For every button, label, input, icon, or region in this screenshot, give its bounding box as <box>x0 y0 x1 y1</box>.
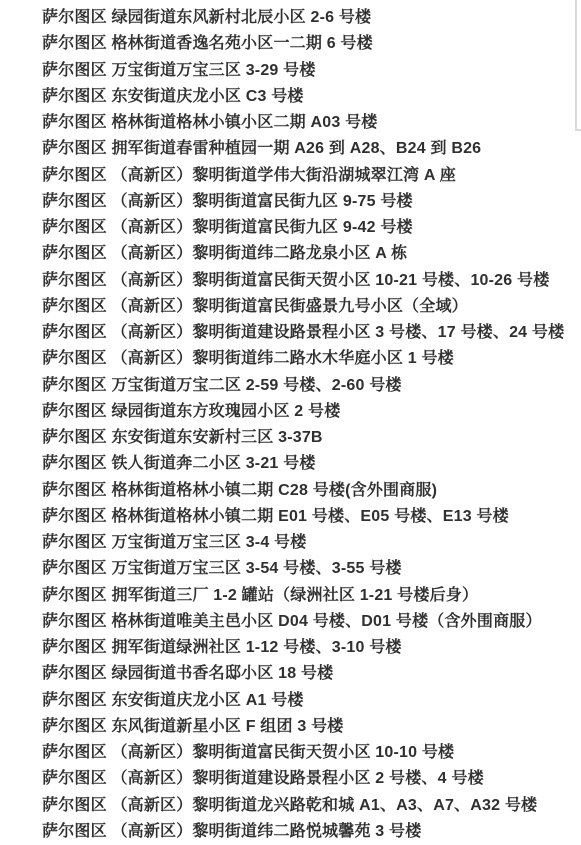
list-item: 萨尔图区 东安街道东安新村三区 3-37B <box>42 425 577 451</box>
list-item: 萨尔图区 东安街道庆龙小区 A1 号楼 <box>42 688 577 714</box>
list-item: 萨尔图区 （高新区）黎明街道建设路景程小区 2 号楼、4 号楼 <box>42 766 577 792</box>
list-item: 萨尔图区 （高新区）黎明街道富民街天贺小区 10-10 号楼 <box>42 740 577 766</box>
list-item: 萨尔图区 万宝街道万宝二区 2-59 号楼、2-60 号楼 <box>42 373 577 399</box>
list-item: 萨尔图区 （高新区）黎明街道龙兴路乾和城 A1、A3、A7、A32 号楼 <box>42 793 577 819</box>
list-item: 萨尔图区 东风街道新星小区 F 组团 3 号楼 <box>42 714 577 740</box>
list-item: 萨尔图区 （高新区）黎明街道富民街天贺小区 10-21 号楼、10-26 号楼 <box>42 268 577 294</box>
list-item: 萨尔图区 万宝街道万宝三区 3-29 号楼 <box>42 58 577 84</box>
list-item: 萨尔图区 绿园街道书香名邸小区 18 号楼 <box>42 661 577 687</box>
list-item: 萨尔图区 格林街道格林小镇小区二期 A03 号楼 <box>42 110 577 136</box>
list-item: 萨尔图区 （高新区）黎明街道富民街九区 9-42 号楼 <box>42 215 577 241</box>
district-building-list: 萨尔图区 绿园街道东风新村北辰小区 2-6 号楼 萨尔图区 格林街道香逸名苑小区… <box>0 0 581 845</box>
list-item: 萨尔图区 格林街道唯美主邑小区 D04 号楼、D01 号楼（含外围商服） <box>42 609 577 635</box>
list-item: 萨尔图区 格林街道格林小镇二期 E01 号楼、E05 号楼、E13 号楼 <box>42 504 577 530</box>
list-item: 萨尔图区 （高新区）黎明街道富民街盛景九号小区（全域） <box>42 294 577 320</box>
list-item: 萨尔图区 格林街道格林小镇二期 C28 号楼(含外围商服) <box>42 478 577 504</box>
list-item: 萨尔图区 拥军街道春雷种植园一期 A26 到 A28、B24 到 B26 <box>42 136 577 162</box>
article-page: 萨尔图区 绿园街道东风新村北辰小区 2-6 号楼 萨尔图区 格林街道香逸名苑小区… <box>0 0 581 845</box>
list-item: 萨尔图区 （高新区）黎明街道纬二路龙泉小区 A 栋 <box>42 241 577 267</box>
list-item: 萨尔图区 （高新区）黎明街道学伟大街沿湖城翠江湾 A 座 <box>42 163 577 189</box>
list-item: 萨尔图区 东安街道庆龙小区 C3 号楼 <box>42 84 577 110</box>
list-item: 萨尔图区 （高新区）黎明街道富民街九区 9-75 号楼 <box>42 189 577 215</box>
list-item: 萨尔图区 格林街道香逸名苑小区一二期 6 号楼 <box>42 31 577 57</box>
list-item: 萨尔图区 万宝街道万宝三区 3-54 号楼、3-55 号楼 <box>42 556 577 582</box>
list-item: 萨尔图区 （高新区）黎明街道建设路景程小区 3 号楼、17 号楼、24 号楼 <box>42 320 577 346</box>
list-item: 萨尔图区 万宝街道万宝三区 3-4 号楼 <box>42 530 577 556</box>
scrollbar-track[interactable] <box>575 0 581 131</box>
list-item: 萨尔图区 拥军街道绿洲社区 1-12 号楼、3-10 号楼 <box>42 635 577 661</box>
list-item: 萨尔图区 拥军街道三厂 1-2 罐站（绿洲社区 1-21 号楼后身） <box>42 583 577 609</box>
list-item: 萨尔图区 铁人街道奔二小区 3-21 号楼 <box>42 451 577 477</box>
list-item: 萨尔图区 绿园街道东风新村北辰小区 2-6 号楼 <box>42 5 577 31</box>
list-item: 萨尔图区 （高新区）黎明街道纬二路悦城馨苑 3 号楼 <box>42 819 577 845</box>
list-item: 萨尔图区 绿园街道东方玫瑰园小区 2 号楼 <box>42 399 577 425</box>
list-item: 萨尔图区 （高新区）黎明街道纬二路水木华庭小区 1 号楼 <box>42 346 577 372</box>
